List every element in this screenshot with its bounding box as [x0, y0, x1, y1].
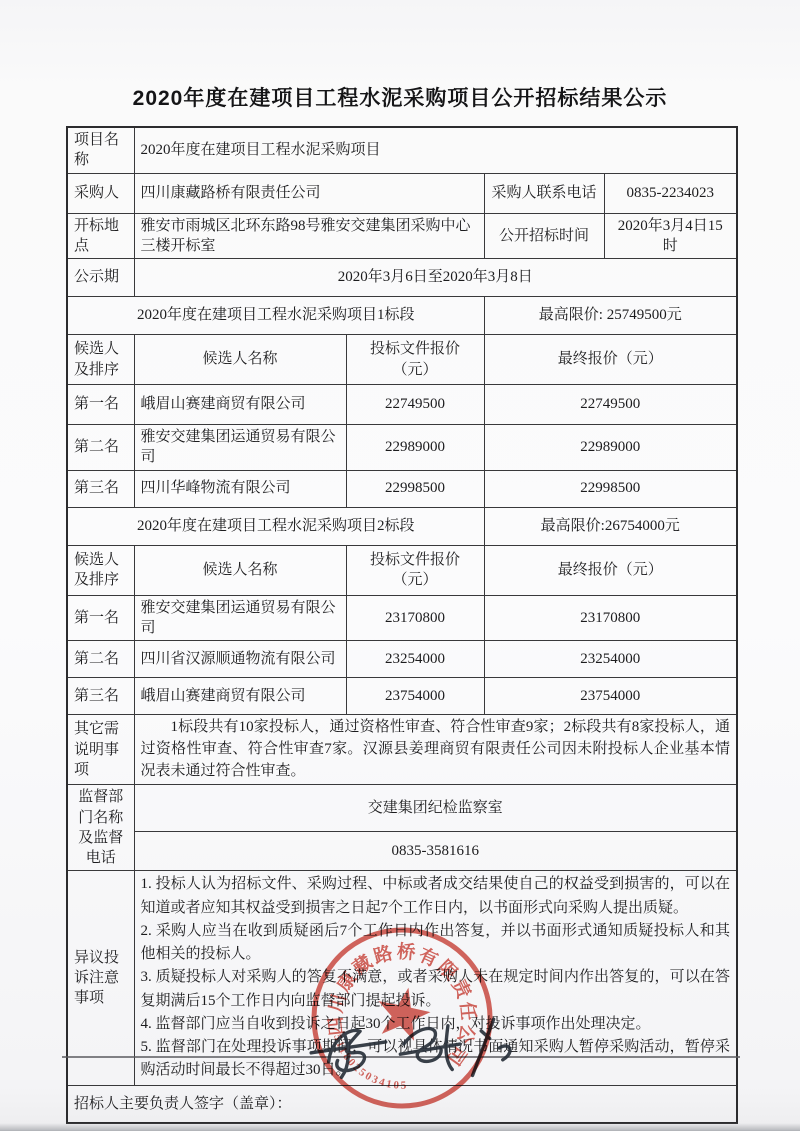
complaint-label: 异议投诉注意事项: [67, 871, 134, 1085]
notes-label: 其它需说明事项: [67, 715, 134, 785]
supervision-phone: 0835-3581616: [134, 831, 737, 871]
scan-double-rule: [62, 1056, 740, 1058]
bid-time-label: 公开招标时间: [484, 213, 604, 259]
complaint-item: 5. 监督部门在处理投诉事项期间，可以视具体情况书面通知采购人暂停采购活动，暂停…: [141, 1036, 731, 1083]
row-signature: 招标人主要负责人签字（盖章）：: [67, 1085, 737, 1123]
document-page: 2020年度在建项目工程水泥采购项目公开招标结果公示 项目名称 2020年度在建…: [0, 0, 800, 1131]
complaint-content: 1. 投标人认为招标文件、采购过程、中标或者成交结果使自己的权益受到损害的，可以…: [134, 871, 737, 1085]
final-price-cell: 23254000: [484, 641, 737, 678]
section2-header: 2020年度在建项目工程水泥采购项目2标段 最高限价:26754000元: [67, 507, 737, 545]
header-bid-price-line2: （元）: [353, 570, 478, 590]
rank-cell: 第三名: [67, 470, 134, 507]
publicity-value: 2020年3月6日至2020年3月8日: [134, 259, 737, 297]
signature-label: 招标人主要负责人签字（盖章）：: [67, 1085, 737, 1123]
complaint-item: 2. 采购人应当在收到质疑函后7个工作日内作出答复，并以书面形式通知质疑投标人和…: [141, 920, 731, 967]
candidate-name-cell: 四川省汉源顺通物流有限公司: [134, 641, 346, 678]
section1-title: 2020年度在建项目工程水泥采购项目1标段: [67, 297, 484, 335]
header-final-price: 最终报价（元）: [484, 545, 737, 595]
rank-cell: 第二名: [67, 641, 134, 678]
row-supervision-phone: 0835-3581616: [67, 831, 737, 871]
bid-price-cell: 23170800: [346, 595, 484, 641]
header-rank: 候选人及排序: [67, 545, 134, 595]
bid-price-cell: 22749500: [346, 385, 484, 425]
complaint-item: 1. 投标人认为招标文件、采购过程、中标或者成交结果使自己的权益受到损害的，可以…: [141, 873, 731, 920]
complaint-item: 3. 质疑投标人对采购人的答复不满意，或者采购人未在规定时间内作出答复的，可以在…: [141, 966, 731, 1013]
header-bid-price: 投标文件报价（元）: [346, 545, 484, 595]
candidate-name-cell: 峨眉山赛建商贸有限公司: [134, 385, 346, 425]
row-notes: 其它需说明事项 1标段共有10家投标人，通过资格性审查、符合性审查9家；2标段共…: [67, 715, 737, 785]
row-complaint-notice: 异议投诉注意事项 1. 投标人认为招标文件、采购过程、中标或者成交结果使自己的权…: [67, 871, 737, 1085]
project-name-value: 2020年度在建项目工程水泥采购项目: [134, 127, 737, 173]
section2-max-price: 最高限价:26754000元: [484, 507, 737, 545]
buyer-phone-label: 采购人联系电话: [484, 173, 604, 213]
table-row: 第一名 雅安交建集团运通贸易有限公司 23170800 23170800: [67, 595, 737, 641]
header-bid-price-line1: 投标文件报价: [353, 339, 478, 359]
venue-label: 开标地点: [67, 213, 134, 259]
final-price-cell: 22998500: [484, 470, 737, 507]
section1-header: 2020年度在建项目工程水泥采购项目1标段 最高限价: 25749500元: [67, 297, 737, 335]
notes-value: 1标段共有10家投标人，通过资格性审查、符合性审查9家；2标段共有8家投标人，通…: [134, 715, 737, 785]
supervision-department: 交建集团纪检监察室: [134, 785, 737, 831]
rank-cell: 第三名: [67, 678, 134, 715]
row-venue: 开标地点 雅安市雨城区北环东路98号雅安交建集团采购中心三楼开标室 公开招标时间…: [67, 213, 737, 259]
buyer-value: 四川康藏路桥有限责任公司: [134, 173, 484, 213]
bid-price-cell: 22989000: [346, 425, 484, 471]
candidate-name-cell: 四川华峰物流有限公司: [134, 470, 346, 507]
table-row: 第二名 雅安交建集团运通贸易有限公司 22989000 22989000: [67, 425, 737, 471]
bid-price-cell: 23254000: [346, 641, 484, 678]
rank-cell: 第一名: [67, 595, 134, 641]
section2-title: 2020年度在建项目工程水泥采购项目2标段: [67, 507, 484, 545]
final-price-cell: 23754000: [484, 678, 737, 715]
header-bid-price-line2: （元）: [353, 360, 478, 380]
candidate-name-cell: 雅安交建集团运通贸易有限公司: [134, 425, 346, 471]
row-project-name: 项目名称 2020年度在建项目工程水泥采购项目: [67, 127, 737, 173]
header-candidate-name: 候选人名称: [134, 545, 346, 595]
bid-result-table: 项目名称 2020年度在建项目工程水泥采购项目 采购人 四川康藏路桥有限责任公司…: [66, 126, 738, 1124]
bid-time-value: 2020年3月4日15时: [604, 213, 737, 259]
candidate-name-cell: 雅安交建集团运通贸易有限公司: [134, 595, 346, 641]
venue-value: 雅安市雨城区北环东路98号雅安交建集团采购中心三楼开标室: [134, 213, 484, 259]
page-title: 2020年度在建项目工程水泥采购项目公开招标结果公示: [0, 82, 800, 112]
row-publicity: 公示期 2020年3月6日至2020年3月8日: [67, 259, 737, 297]
candidate-name-cell: 峨眉山赛建商贸有限公司: [134, 678, 346, 715]
buyer-label: 采购人: [67, 173, 134, 213]
section1-max-price: 最高限价: 25749500元: [484, 297, 737, 335]
bid-price-cell: 22998500: [346, 470, 484, 507]
section2-column-headers: 候选人及排序 候选人名称 投标文件报价（元） 最终报价（元）: [67, 545, 737, 595]
header-rank: 候选人及排序: [67, 335, 134, 385]
header-bid-price: 投标文件报价（元）: [346, 335, 484, 385]
bid-price-cell: 23754000: [346, 678, 484, 715]
table-row: 第三名 峨眉山赛建商贸有限公司 23754000 23754000: [67, 678, 737, 715]
header-candidate-name: 候选人名称: [134, 335, 346, 385]
table-row: 第三名 四川华峰物流有限公司 22998500 22998500: [67, 470, 737, 507]
buyer-phone-value: 0835-2234023: [604, 173, 737, 213]
section1-column-headers: 候选人及排序 候选人名称 投标文件报价（元） 最终报价（元）: [67, 335, 737, 385]
project-name-label: 项目名称: [67, 127, 134, 173]
table-row: 第一名 峨眉山赛建商贸有限公司 22749500 22749500: [67, 385, 737, 425]
rank-cell: 第二名: [67, 425, 134, 471]
final-price-cell: 22749500: [484, 385, 737, 425]
notes-text: 1标段共有10家投标人，通过资格性审查、符合性审查9家；2标段共有8家投标人，通…: [141, 717, 731, 782]
scan-bottom-edge: [0, 1123, 800, 1131]
header-final-price: 最终报价（元）: [484, 335, 737, 385]
complaint-item: 4. 监督部门应当自收到投诉之日起30个工作日内，对投诉事项作出处理决定。: [141, 1013, 731, 1036]
header-bid-price-line1: 投标文件报价: [353, 550, 478, 570]
publicity-label: 公示期: [67, 259, 134, 297]
final-price-cell: 22989000: [484, 425, 737, 471]
row-buyer: 采购人 四川康藏路桥有限责任公司 采购人联系电话 0835-2234023: [67, 173, 737, 213]
rank-cell: 第一名: [67, 385, 134, 425]
table-row: 第二名 四川省汉源顺通物流有限公司 23254000 23254000: [67, 641, 737, 678]
supervision-label: 监督部门名称及监督电话: [67, 785, 134, 871]
row-supervision-dept: 监督部门名称及监督电话 交建集团纪检监察室: [67, 785, 737, 831]
final-price-cell: 23170800: [484, 595, 737, 641]
